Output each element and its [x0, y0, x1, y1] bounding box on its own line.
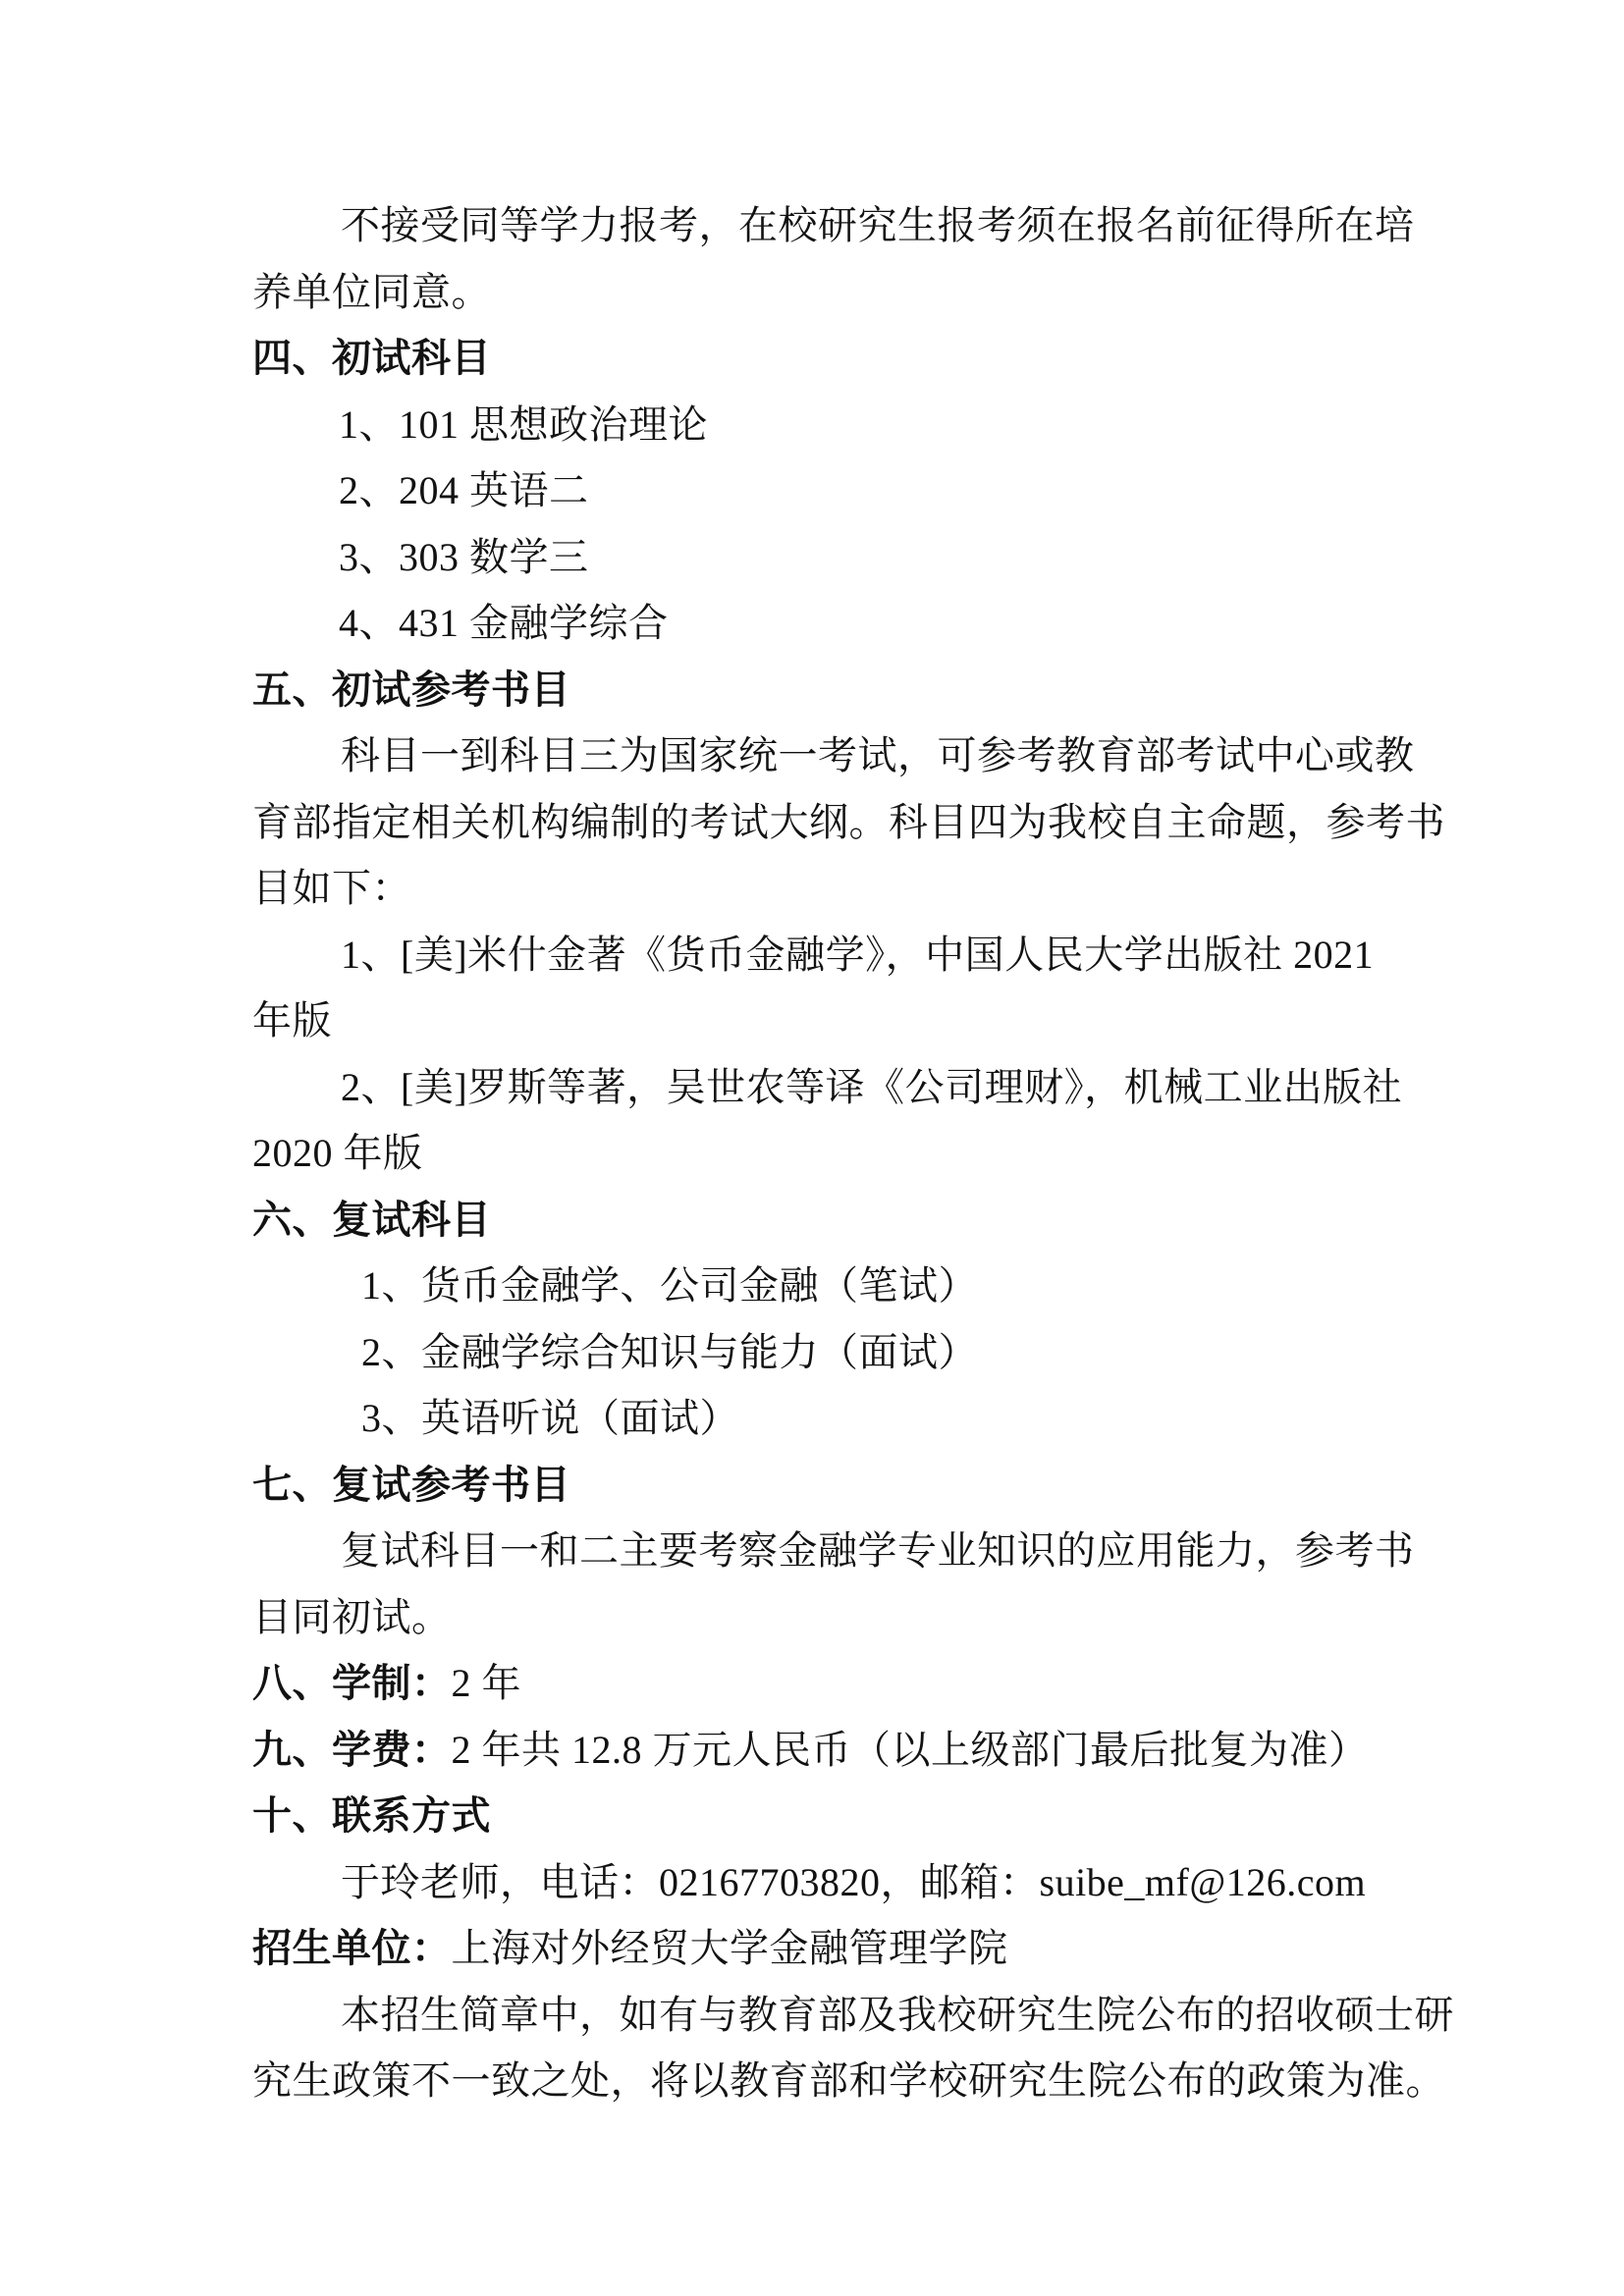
line-text: 上海对外经贸大学金融管理学院	[452, 1926, 1008, 1970]
text-line: 2、[美]罗斯等著，吴世农等译《公司理财》，机械工业出版社	[252, 1054, 1401, 1121]
text-line: 4、431 金融学综合	[252, 590, 1401, 657]
text-line: 九、学费：2 年共 12.8 万元人民币（以上级部门最后批复为准）	[252, 1717, 1401, 1784]
line-text: 1、货币金融学、公司金融（笔试）	[361, 1263, 978, 1308]
line-text: 2 年	[452, 1661, 522, 1705]
line-text: 于玲老师，电话：02167703820，邮箱：suibe_mf@126.com	[341, 1860, 1366, 1904]
line-text: 2、[美]罗斯等著，吴世农等译《公司理财》，机械工业出版社	[341, 1065, 1402, 1109]
line-text: 3、英语听说（面试）	[361, 1396, 739, 1440]
line-text: 2 年共 12.8 万元人民币（以上级部门最后批复为准）	[452, 1728, 1369, 1772]
line-text: 科目一到科目三为国家统一考试，可参考教育部考试中心或教	[341, 733, 1415, 777]
text-line: 招生单位：上海对外经贸大学金融管理学院	[252, 1915, 1401, 1982]
line-text: 不接受同等学力报考，在校研究生报考须在报名前征得所在培	[341, 203, 1415, 247]
line-text: 复试科目一和二主要考察金融学专业知识的应用能力，参考书	[341, 1528, 1415, 1573]
line-text: 2、204 英语二	[339, 468, 589, 512]
text-line: 2020 年版	[252, 1120, 1401, 1187]
line-text: 目同初试。	[252, 1595, 452, 1639]
text-line: 究生政策不一致之处，将以教育部和学校研究生院公布的政策为准。	[252, 2048, 1401, 2114]
text-line: 1、货币金融学、公司金融（笔试）	[252, 1253, 1401, 1319]
line-text: 六、复试科目	[252, 1198, 491, 1242]
line-text: 十、联系方式	[252, 1793, 491, 1838]
document-content: 不接受同等学力报考，在校研究生报考须在报名前征得所在培养单位同意。四、初试科目1…	[252, 192, 1401, 2114]
section-heading: 六、复试科目	[252, 1187, 1401, 1254]
text-line: 2、金融学综合知识与能力（面试）	[252, 1319, 1401, 1386]
text-line: 2、204 英语二	[252, 457, 1401, 524]
line-text: 育部指定相关机构编制的考试大纲。科目四为我校自主命题，参考书	[252, 800, 1445, 844]
document-page: 不接受同等学力报考，在校研究生报考须在报名前征得所在培养单位同意。四、初试科目1…	[0, 0, 1624, 2296]
line-text: 2、金融学综合知识与能力（面试）	[361, 1330, 978, 1374]
section-heading: 十、联系方式	[252, 1783, 1401, 1849]
line-text: 究生政策不一致之处，将以教育部和学校研究生院公布的政策为准。	[252, 2058, 1445, 2103]
text-line: 3、英语听说（面试）	[252, 1385, 1401, 1452]
text-line: 于玲老师，电话：02167703820，邮箱：suibe_mf@126.com	[252, 1849, 1401, 1916]
text-line: 1、101 思想政治理论	[252, 392, 1401, 458]
text-line: 1、[美]米什金著《货币金融学》，中国人民大学出版社 2021	[252, 922, 1401, 988]
line-text: 养单位同意。	[252, 270, 491, 314]
text-line: 目如下：	[252, 855, 1401, 922]
text-line: 科目一到科目三为国家统一考试，可参考教育部考试中心或教	[252, 722, 1401, 789]
section-heading: 五、初试参考书目	[252, 657, 1401, 723]
text-line: 养单位同意。	[252, 259, 1401, 326]
text-line: 八、学制：2 年	[252, 1650, 1401, 1717]
line-text: 1、[美]米什金著《货币金融学》，中国人民大学出版社 2021	[341, 933, 1374, 977]
text-line: 目同初试。	[252, 1584, 1401, 1651]
section-heading: 四、初试科目	[252, 325, 1401, 392]
line-text: 五、初试参考书目	[252, 667, 570, 712]
line-bold-label: 八、学制：	[252, 1661, 452, 1705]
section-heading: 七、复试参考书目	[252, 1452, 1401, 1519]
line-bold-label: 九、学费：	[252, 1728, 452, 1772]
line-text: 1、101 思想政治理论	[339, 402, 708, 447]
text-line: 本招生简章中，如有与教育部及我校研究生院公布的招收硕士研	[252, 1982, 1401, 2049]
text-line: 育部指定相关机构编制的考试大纲。科目四为我校自主命题，参考书	[252, 789, 1401, 856]
text-line: 不接受同等学力报考，在校研究生报考须在报名前征得所在培	[252, 192, 1401, 259]
line-text: 四、初试科目	[252, 336, 491, 380]
text-line: 年版	[252, 988, 1401, 1054]
line-text: 4、431 金融学综合	[339, 601, 669, 645]
line-text: 年版	[252, 998, 332, 1042]
line-bold-label: 招生单位：	[252, 1926, 452, 1970]
line-text: 目如下：	[252, 866, 411, 910]
line-text: 七、复试参考书目	[252, 1463, 570, 1507]
line-text: 2020 年版	[252, 1131, 423, 1175]
text-line: 3、303 数学三	[252, 524, 1401, 591]
line-text: 3、303 数学三	[339, 535, 589, 579]
text-line: 复试科目一和二主要考察金融学专业知识的应用能力，参考书	[252, 1518, 1401, 1584]
line-text: 本招生简章中，如有与教育部及我校研究生院公布的招收硕士研	[341, 1993, 1454, 2037]
